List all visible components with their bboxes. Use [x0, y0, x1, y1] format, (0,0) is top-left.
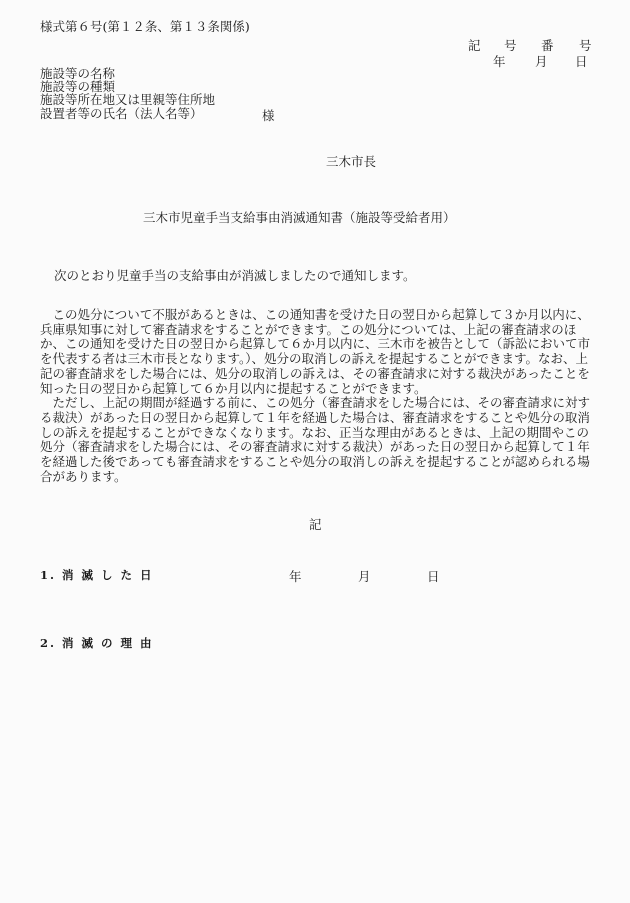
item-extinction-reason-label: 2. 消 滅 の 理 由	[40, 635, 154, 651]
date-month: 月	[535, 52, 575, 70]
facility-address-label: 施設等所在地又は里親等住所地	[40, 93, 215, 106]
form-number: 様式第６号(第１２条、第１３条関係)	[40, 17, 250, 35]
appeal-paragraph-2: ただし、上記の期間が経過する前に、この処分（審査請求をした場合には、その審査請求…	[40, 396, 592, 484]
extinction-day: 日	[427, 567, 440, 585]
date-year: 年	[493, 52, 535, 70]
intro-text: 次のとおり児童手当の支給事由が消滅しましたので通知します。	[54, 266, 416, 284]
addressee-block: 施設等の名称 施設等の種類 施設等所在地又は里親等住所地 設置者等の氏名（法人名…	[40, 67, 215, 120]
date-day: 日	[575, 54, 588, 69]
document-title: 三木市児童手当支給事由消滅通知書（施設等受給者用）	[143, 208, 456, 226]
appeal-notice: この処分について不服があるときは、この通知書を受けた日の翌日から起算して３か月以…	[40, 308, 592, 484]
ki-heading: 記	[309, 515, 322, 533]
item-extinction-date-label: 1. 消 滅 し た 日	[40, 567, 154, 583]
issuer: 三木市長	[326, 152, 376, 170]
extinction-year: 年	[289, 567, 302, 585]
honorific: 様	[262, 106, 275, 124]
extinction-month: 月	[358, 567, 371, 585]
founder-name-label: 設置者等の氏名（法人名等）	[40, 107, 215, 120]
appeal-paragraph-1: この処分について不服があるときは、この通知書を受けた日の翌日から起算して３か月以…	[40, 308, 592, 396]
issue-date: 年月日	[493, 52, 588, 70]
